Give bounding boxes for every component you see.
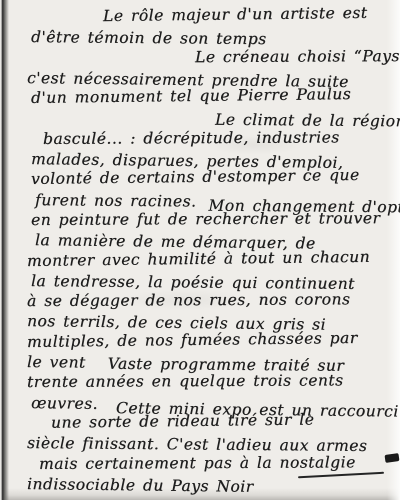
handwritten-line: à se dégager de nos rues, nos corons (27, 289, 392, 311)
handwritten-line: volonté de certains d'estomper ce que (27, 165, 392, 190)
handwritten-text-segment: trente années en quelque trois cents (27, 371, 344, 393)
handwritten-text-segment: une sorte de rideau tiré sur le (39, 409, 315, 433)
handwritten-line: une sorte de rideau tiré sur le (27, 408, 392, 433)
handwritten-text-segment: Le créneau choisi “Pays Noir” (111, 45, 400, 67)
scanned-handwritten-letter: Le rôle majeur d'un artiste est d'être t… (0, 0, 400, 500)
handwritten-line: en peinture fut de rechercher et trouver (27, 208, 392, 230)
handwritten-text-segment: multiples, de nos fumées chassées par (27, 328, 358, 352)
handwritten-text-segment: indissociable du Pays Noir (27, 474, 254, 497)
handwritten-line: trente années en quelque trois cents (27, 370, 392, 392)
handwritten-line: mais certainement pas à la nostalgie (27, 452, 392, 474)
handwritten-line: basculé... : décrépitude, industries (27, 127, 392, 149)
handwritten-line: Le créneau choisi “Pays Noir” (27, 46, 392, 68)
handwritten-text-segment: mais certainement pas à la nostalgie (33, 452, 356, 474)
handwritten-line: indissociable du Pays Noir (27, 474, 392, 499)
letter-text-block: Le rôle majeur d'un artiste est d'être t… (27, 7, 392, 494)
handwritten-line: d'un monument tel que Pierre Paulus (27, 84, 392, 109)
handwritten-line: Le rôle majeur d'un artiste est (27, 3, 392, 28)
handwritten-text-segment: furent nos racines. (31, 190, 197, 212)
handwritten-text-segment: volonté de certains d'estomper ce que (29, 165, 360, 189)
handwritten-text-segment: basculé... : décrépitude, industries (35, 127, 340, 149)
handwritten-text-segment: en peinture fut de rechercher et trouver (29, 208, 380, 230)
handwritten-text-segment: d'un monument tel que Pierre Paulus (29, 84, 351, 108)
handwritten-text-segment: œuvres. (29, 393, 98, 414)
handwritten-text-segment: Le rôle majeur d'un artiste est (65, 3, 368, 27)
ink-smudge (385, 453, 400, 463)
handwritten-line: montrer avec humilité à tout un chacun (27, 246, 392, 271)
handwritten-text-segment: montrer avec humilité à tout un chacun (27, 246, 370, 270)
handwritten-text-segment: le vent (27, 352, 86, 373)
handwritten-line: multiples, de nos fumées chassées par (27, 327, 392, 352)
handwritten-text-segment: à se dégager de nos rues, nos corons (27, 289, 350, 311)
